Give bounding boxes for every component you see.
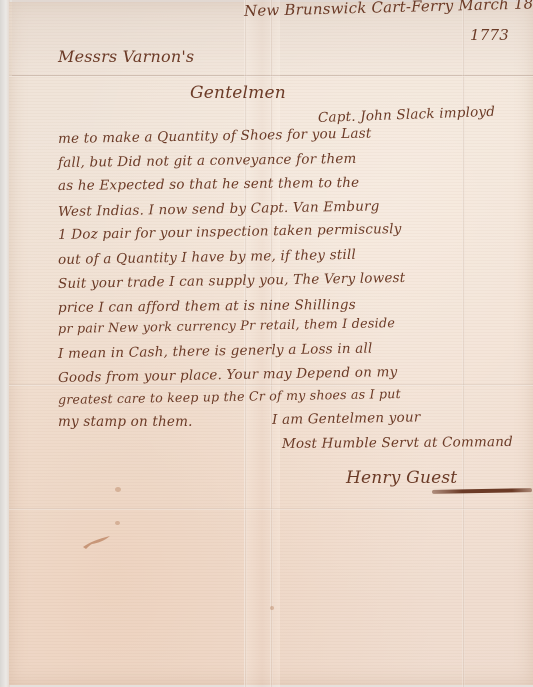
closing-line: Most Humble Servt at Command: [282, 434, 513, 452]
vertical-fold-line: [462, 0, 465, 687]
addressee: Messrs Varnon's: [58, 47, 194, 66]
salutation: Gentelmen: [190, 83, 286, 103]
body-line: my stamp on them.: [58, 414, 193, 430]
ink-blot: [82, 535, 112, 549]
paper-stain: [270, 606, 274, 610]
closing-line: I am Gentelmen your: [272, 409, 421, 428]
body-line: price I can afford them at is nine Shill…: [58, 297, 356, 316]
paper-stain: [115, 521, 120, 525]
dateline-year: 1773: [470, 26, 509, 44]
paper-stain: [115, 487, 121, 492]
signature: Henry Guest: [346, 468, 457, 488]
horizontal-fold-line: [9, 508, 533, 510]
body-line: as he Expected so that he sent them to t…: [58, 175, 359, 194]
horizontal-fold-line: [9, 75, 533, 77]
letter-scan: New Brunswick Cart-Ferry March 18 1773 M…: [0, 0, 533, 687]
